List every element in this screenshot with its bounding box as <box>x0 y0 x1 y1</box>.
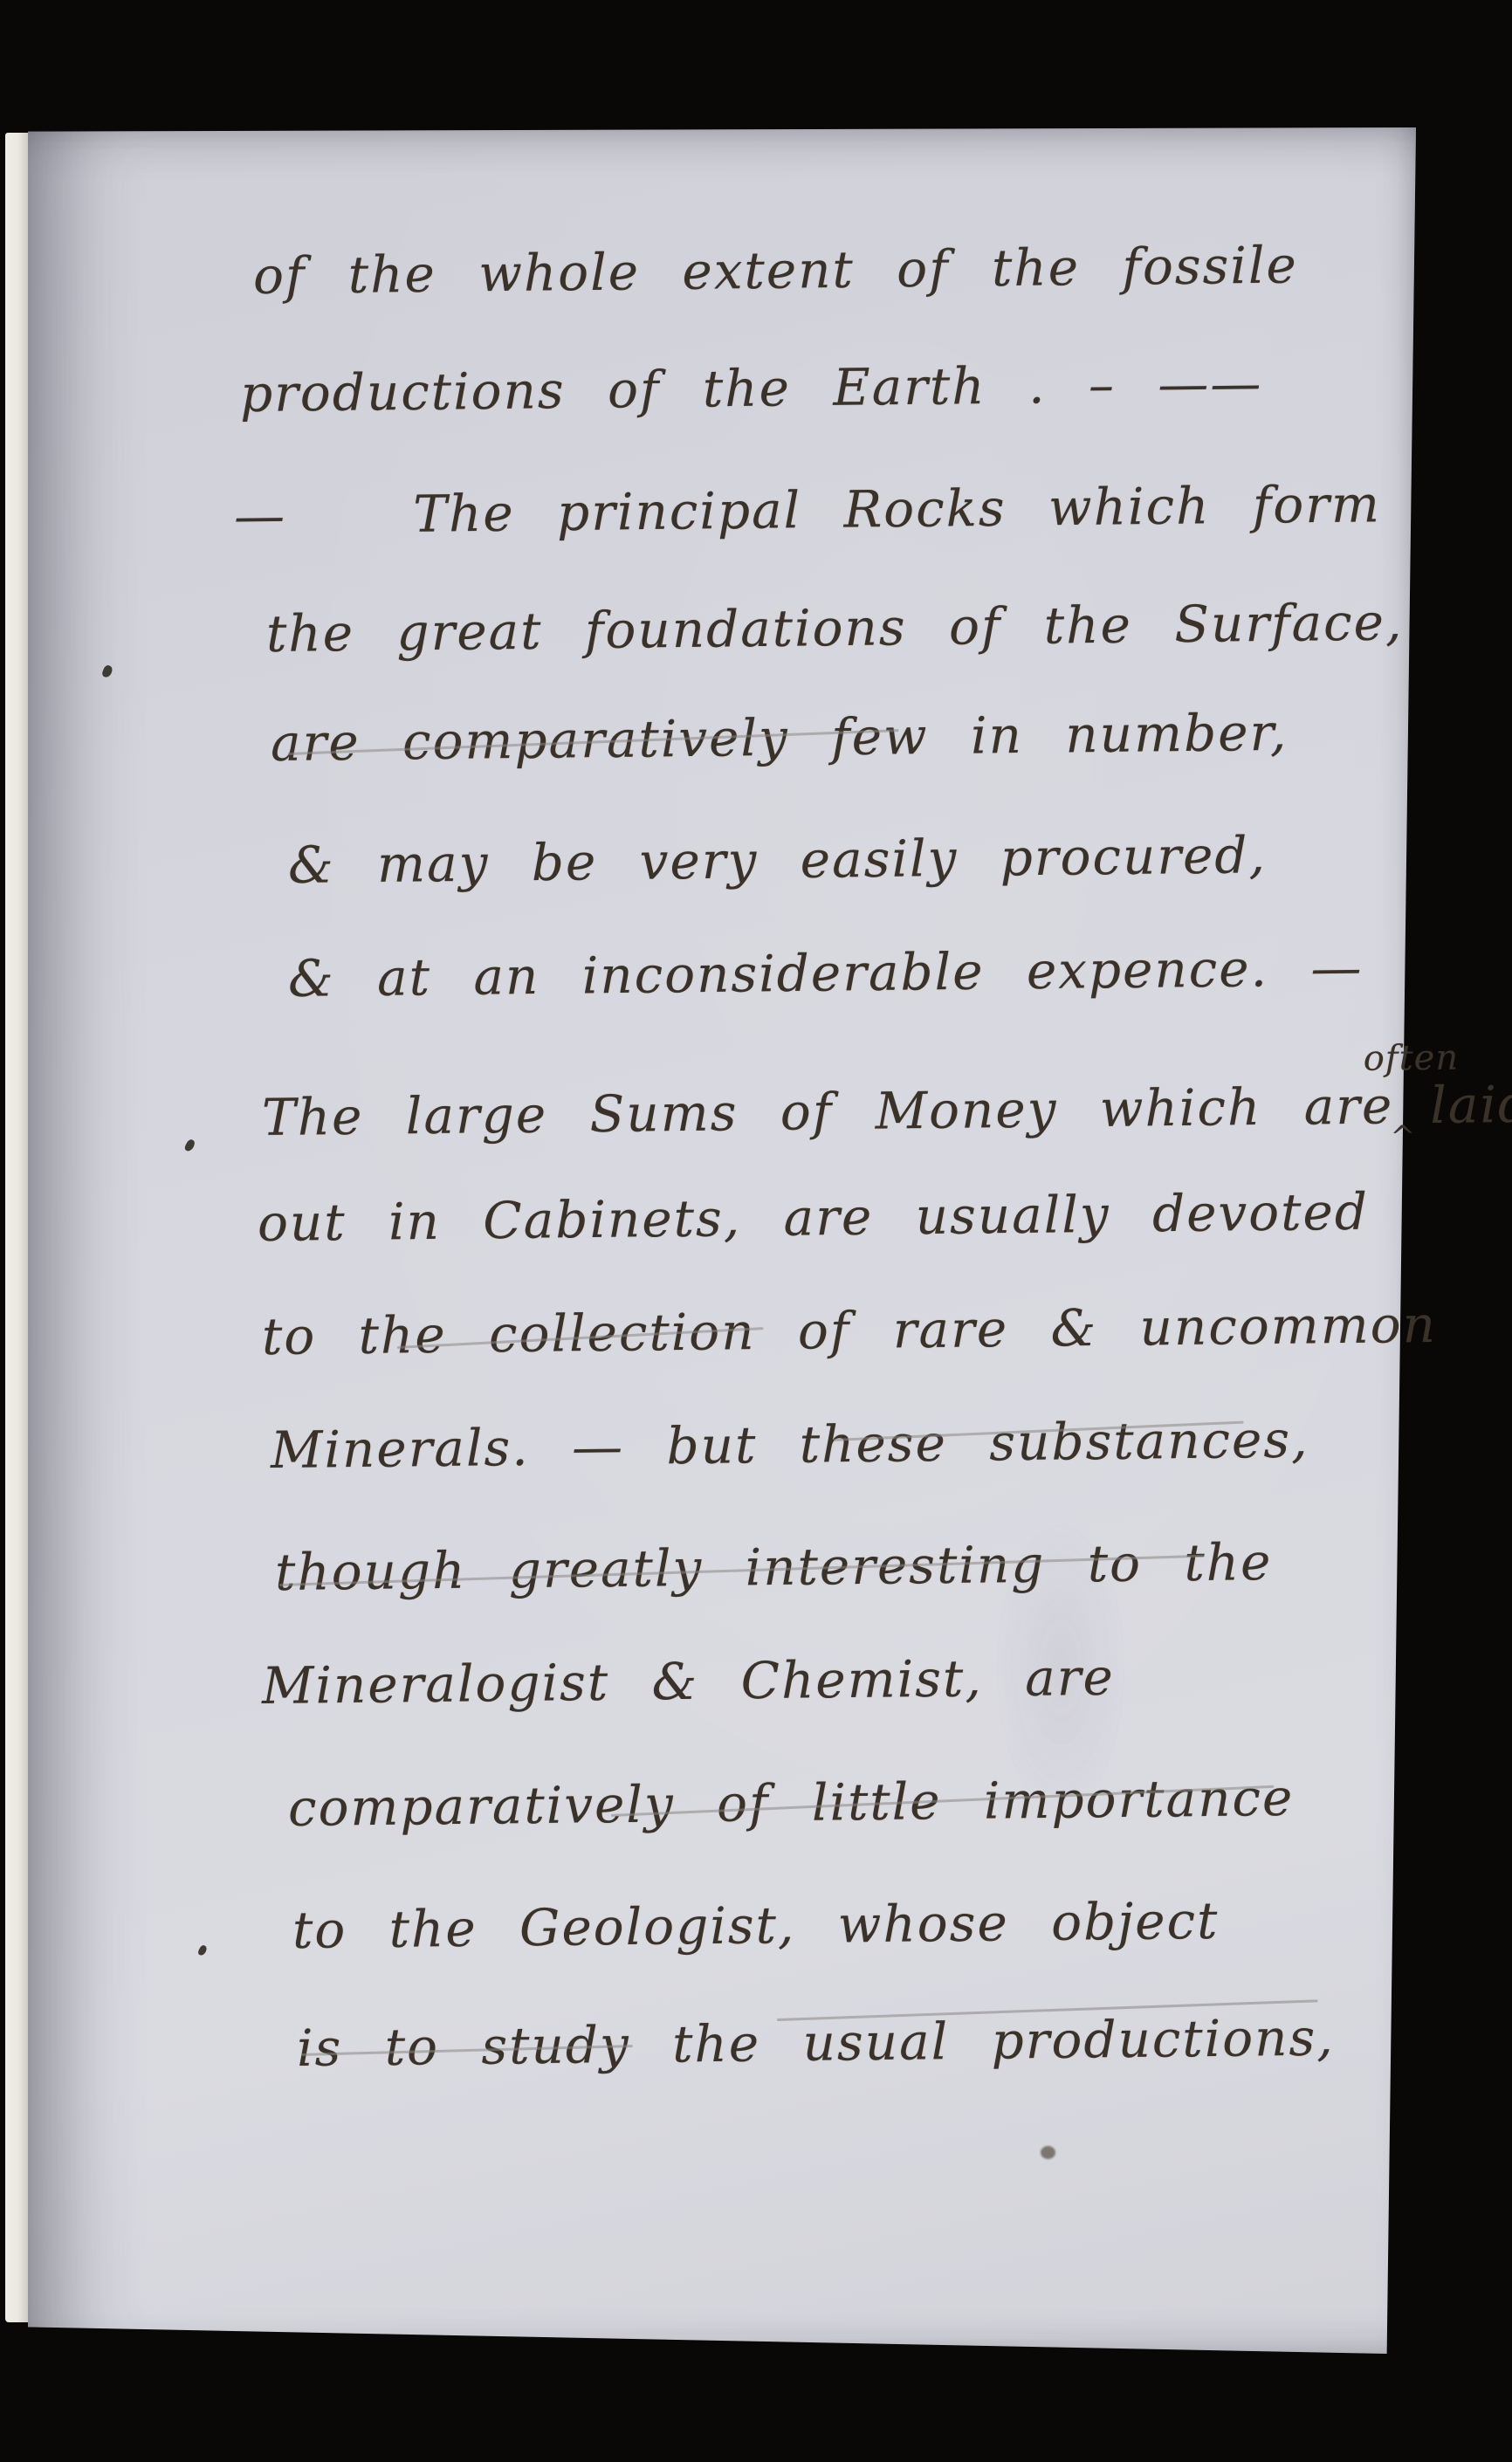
caret-mark: ^ <box>1390 1122 1417 1152</box>
manuscript-line: Minerals. — but these substances, <box>271 1414 1309 1475</box>
manuscript-line: & at an inconsiderable expence. — <box>288 942 1364 1004</box>
manuscript-line: is to study the usual productions, <box>297 2012 1335 2073</box>
manuscript-line: out in Cabinets, are usually devoted <box>258 1186 1369 1248</box>
manuscript-line: though greatly interesting to the <box>275 1537 1273 1598</box>
book-page-edge <box>5 133 28 2322</box>
manuscript-line: Mineralogist & Chemist, are <box>262 1652 1115 1711</box>
ink-blot <box>1041 2146 1055 2159</box>
manuscript-photo: of the whole extent of the fossile produ… <box>0 0 1512 2462</box>
manuscript-line: comparatively of little importance <box>288 1772 1295 1833</box>
manuscript-line: productions of the Earth . – —— <box>240 358 1263 419</box>
manuscript-line-with-insertion: The large Sums of Money which areoften^l… <box>262 1071 1512 1143</box>
manuscript-line: & may be very easily procured, <box>288 829 1267 891</box>
manuscript-line: — The principal Rocks which form <box>234 478 1381 541</box>
interlinear-insertion: often^ <box>1393 1072 1431 1123</box>
manuscript-line: to the collection of rare & uncommon <box>262 1299 1438 1362</box>
manuscript-line: the great foundations of the Surface, <box>266 596 1404 659</box>
line-text-before-insert: The large Sums of Money which are <box>262 1076 1394 1147</box>
line-text-after-insert: laid <box>1430 1075 1512 1135</box>
manuscript-line: to the Geologist, whose object <box>292 1895 1220 1956</box>
manuscript-line: are comparatively few in number, <box>271 707 1289 768</box>
inserted-word: often <box>1363 1041 1459 1076</box>
manuscript-line: of the whole extent of the fossile <box>253 239 1298 301</box>
